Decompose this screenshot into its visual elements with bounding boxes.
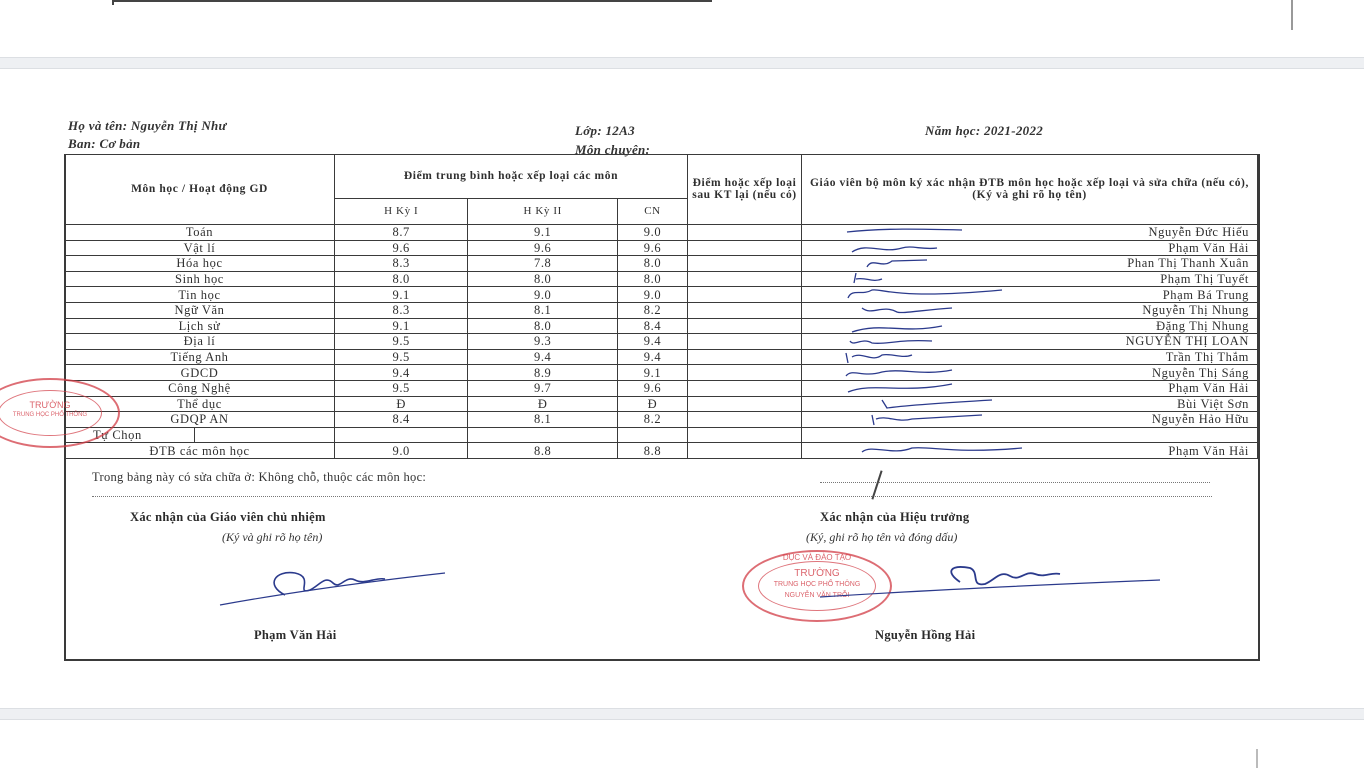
semester2-cell: Đ bbox=[468, 396, 618, 412]
previous-page-border bbox=[112, 0, 712, 2]
table-row: Công Nghệ9.59.79.6Phạm Văn Hải bbox=[65, 380, 1258, 396]
retest-cell bbox=[688, 380, 802, 396]
table-row: GDQP AN8.48.18.2Nguyễn Hảo Hữu bbox=[65, 412, 1258, 428]
semester1-cell: 8.4 bbox=[335, 412, 468, 428]
track: Ban: Cơ bản bbox=[68, 136, 140, 152]
semester2-cell: 9.3 bbox=[468, 334, 618, 350]
semester1-cell: 8.3 bbox=[335, 256, 468, 272]
stamp-side-line2: TRUNG HỌC PHỔ THÔNG bbox=[0, 412, 118, 418]
teacher-signature bbox=[842, 413, 1022, 427]
teacher-cell: Phạm Văn Hải bbox=[802, 240, 1258, 256]
header-average: Điểm trung bình hoặc xếp loại các môn bbox=[335, 155, 688, 199]
retest-cell bbox=[688, 334, 802, 350]
teacher-name: Phạm Bá Trung bbox=[1163, 288, 1249, 302]
previous-page-border-left bbox=[112, 0, 114, 5]
semester1-cell: 9.5 bbox=[335, 380, 468, 396]
page-separator bbox=[0, 708, 1364, 720]
teacher-cell: Nguyễn Thị Sáng bbox=[802, 365, 1258, 381]
year-cell: 9.4 bbox=[617, 334, 687, 350]
subject-cell: Ngữ Văn bbox=[65, 302, 335, 318]
header-retest: Điểm hoặc xếp loại sau KT lại (nếu có) bbox=[688, 155, 802, 225]
teacher-cell: Phạm Văn Hải bbox=[802, 443, 1258, 459]
semester1-cell: 9.0 bbox=[335, 443, 468, 459]
teacher-cell bbox=[802, 427, 1258, 443]
principal-name: Nguyễn Hồng Hải bbox=[875, 628, 975, 643]
grade-rows: Toán8.79.19.0Nguyễn Đức HiếuVật lí9.69.6… bbox=[65, 225, 1258, 459]
table-row: Lịch sử9.18.08.4Đặng Thị Nhung bbox=[65, 318, 1258, 334]
teacher-cell: NGUYỄN THỊ LOAN bbox=[802, 334, 1258, 350]
header-semester1: H Kỳ I bbox=[335, 199, 468, 225]
semester2-cell: 9.6 bbox=[468, 240, 618, 256]
retest-cell bbox=[688, 412, 802, 428]
principal-signature bbox=[810, 562, 1170, 602]
semester1-cell: 8.3 bbox=[335, 302, 468, 318]
retest-cell bbox=[688, 302, 802, 318]
table-row: Sinh học8.08.08.0Phạm Thị Tuyết bbox=[65, 271, 1258, 287]
table-row: Toán8.79.19.0Nguyễn Đức Hiếu bbox=[65, 225, 1258, 241]
subject-cell: GDCD bbox=[65, 365, 335, 381]
table-row: Hóa học8.37.88.0Phan Thị Thanh Xuân bbox=[65, 256, 1258, 272]
semester2-cell: 8.1 bbox=[468, 412, 618, 428]
semester1-cell: 9.5 bbox=[335, 334, 468, 350]
year-cell bbox=[617, 427, 687, 443]
teacher-name: Trần Thị Thắm bbox=[1166, 350, 1249, 364]
header-teacher: Giáo viên bộ môn ký xác nhận ĐTB môn học… bbox=[802, 155, 1258, 225]
principal-instruction: (Ký, ghi rõ họ tên và đóng dấu) bbox=[806, 530, 957, 545]
subject-cell: ĐTB các môn học bbox=[65, 443, 335, 459]
previous-page-remnant bbox=[0, 0, 1364, 57]
teacher-signature bbox=[842, 382, 1022, 396]
table-row: GDCD9.48.99.1Nguyễn Thị Sáng bbox=[65, 365, 1258, 381]
teacher-name: Phạm Thị Tuyết bbox=[1160, 272, 1249, 286]
teacher-name: NGUYỄN THỊ LOAN bbox=[1126, 334, 1249, 348]
year-cell: 9.6 bbox=[617, 240, 687, 256]
year-cell: 9.1 bbox=[617, 365, 687, 381]
retest-cell bbox=[688, 396, 802, 412]
transcript-page: Họ và tên: Nguyễn Thị Như Ban: Cơ bản Lớ… bbox=[0, 70, 1364, 708]
year-cell: Đ bbox=[617, 396, 687, 412]
year-cell: 8.0 bbox=[617, 256, 687, 272]
year-cell: 8.0 bbox=[617, 271, 687, 287]
teacher-cell: Phạm Thị Tuyết bbox=[802, 271, 1258, 287]
year-cell: 9.6 bbox=[617, 380, 687, 396]
next-page-remnant bbox=[0, 721, 1364, 768]
retest-cell bbox=[688, 427, 802, 443]
page-separator bbox=[0, 57, 1364, 69]
semester2-cell: 8.8 bbox=[468, 443, 618, 459]
grades-table: Môn học / Hoạt động GD Điểm trung bình h… bbox=[64, 154, 1258, 459]
stamp-top-text: DỤC VÀ ĐÀO TẠO bbox=[744, 553, 890, 562]
homeroom-teacher-name: Phạm Văn Hải bbox=[254, 628, 337, 643]
teacher-name: Nguyễn Thị Sáng bbox=[1152, 366, 1249, 380]
teacher-signature bbox=[842, 320, 1022, 334]
year-cell: 9.0 bbox=[617, 287, 687, 303]
teacher-name: Nguyễn Thị Nhung bbox=[1142, 303, 1249, 317]
retest-cell bbox=[688, 225, 802, 241]
teacher-cell: Bùi Việt Sơn bbox=[802, 396, 1258, 412]
semester1-cell bbox=[335, 427, 468, 443]
subject-cell: Toán bbox=[65, 225, 335, 241]
year-cell: 8.4 bbox=[617, 318, 687, 334]
teacher-cell: Trần Thị Thắm bbox=[802, 349, 1258, 365]
header-semester2: H Kỳ II bbox=[468, 199, 618, 225]
teacher-signature bbox=[842, 304, 1022, 318]
retest-cell bbox=[688, 256, 802, 272]
table-row: Thể dụcĐĐĐBùi Việt Sơn bbox=[65, 396, 1258, 412]
semester1-cell: 9.1 bbox=[335, 318, 468, 334]
teacher-name: Phan Thị Thanh Xuân bbox=[1127, 256, 1249, 270]
retest-cell bbox=[688, 318, 802, 334]
teacher-cell: Nguyễn Thị Nhung bbox=[802, 302, 1258, 318]
semester1-cell: 8.0 bbox=[335, 271, 468, 287]
table-row: ĐTB các môn học9.08.88.8Phạm Văn Hải bbox=[65, 443, 1258, 459]
teacher-cell: Nguyễn Đức Hiếu bbox=[802, 225, 1258, 241]
header-subject: Môn học / Hoạt động GD bbox=[65, 155, 335, 225]
teacher-signature bbox=[842, 226, 1022, 240]
corrections-note: Trong bảng này có sửa chữa ở: Không chỗ,… bbox=[92, 470, 426, 485]
retest-cell bbox=[688, 443, 802, 459]
stamp-side-line1: TRƯỜNG bbox=[0, 400, 118, 410]
semester1-cell: 8.7 bbox=[335, 225, 468, 241]
retest-cell bbox=[688, 349, 802, 365]
teacher-signature bbox=[842, 351, 1022, 365]
homeroom-confirm-title: Xác nhận của Giáo viên chủ nhiệm bbox=[130, 510, 326, 525]
teacher-signature bbox=[842, 398, 1022, 412]
table-row: Ngữ Văn8.38.18.2Nguyễn Thị Nhung bbox=[65, 302, 1258, 318]
header-year: CN bbox=[617, 199, 687, 225]
next-page-border bbox=[1256, 749, 1258, 768]
subject-cell: Địa lí bbox=[65, 334, 335, 350]
semester1-cell: 9.6 bbox=[335, 240, 468, 256]
teacher-name: Phạm Văn Hải bbox=[1168, 444, 1249, 458]
semester2-cell: 8.0 bbox=[468, 318, 618, 334]
principal-confirm-title: Xác nhận của Hiệu trưởng bbox=[820, 510, 969, 525]
teacher-cell: Phạm Bá Trung bbox=[802, 287, 1258, 303]
semester2-cell: 8.1 bbox=[468, 302, 618, 318]
semester1-cell: 9.4 bbox=[335, 365, 468, 381]
subject-cell: Lịch sử bbox=[65, 318, 335, 334]
teacher-cell: Đặng Thị Nhung bbox=[802, 318, 1258, 334]
teacher-cell: Nguyễn Hảo Hữu bbox=[802, 412, 1258, 428]
semester1-cell: Đ bbox=[335, 396, 468, 412]
teacher-signature bbox=[842, 242, 1022, 256]
retest-cell bbox=[688, 365, 802, 381]
semester2-cell: 8.9 bbox=[468, 365, 618, 381]
teacher-signature bbox=[842, 335, 1022, 349]
semester2-cell: 9.1 bbox=[468, 225, 618, 241]
teacher-name: Đặng Thị Nhung bbox=[1156, 319, 1249, 333]
table-row: Tiếng Anh9.59.49.4Trần Thị Thắm bbox=[65, 349, 1258, 365]
teacher-name: Phạm Văn Hải bbox=[1168, 381, 1249, 395]
student-name: Họ và tên: Nguyễn Thị Như bbox=[68, 118, 227, 134]
year-cell: 9.0 bbox=[617, 225, 687, 241]
year-cell: 8.2 bbox=[617, 302, 687, 318]
previous-page-border-right bbox=[1291, 0, 1293, 30]
teacher-signature bbox=[842, 444, 1022, 458]
table-row: Vật lí9.69.69.6Phạm Văn Hải bbox=[65, 240, 1258, 256]
semester2-cell: 9.7 bbox=[468, 380, 618, 396]
teacher-signature bbox=[842, 273, 1022, 287]
retest-cell bbox=[688, 240, 802, 256]
semester2-cell: 9.4 bbox=[468, 349, 618, 365]
retest-cell bbox=[688, 271, 802, 287]
retest-cell bbox=[688, 287, 802, 303]
year-cell: 8.2 bbox=[617, 412, 687, 428]
subject-cell: Tin học bbox=[65, 287, 335, 303]
semester1-cell: 9.5 bbox=[335, 349, 468, 365]
semester2-cell: 8.0 bbox=[468, 271, 618, 287]
subject-cell: Vật lí bbox=[65, 240, 335, 256]
semester2-cell: 7.8 bbox=[468, 256, 618, 272]
school-year: Năm học: 2021-2022 bbox=[925, 123, 1043, 139]
teacher-signature bbox=[842, 257, 1022, 271]
subject-cell: Tiếng Anh bbox=[65, 349, 335, 365]
teacher-cell: Phan Thị Thanh Xuân bbox=[802, 256, 1258, 272]
teacher-name: Phạm Văn Hải bbox=[1168, 241, 1249, 255]
teacher-cell: Phạm Văn Hải bbox=[802, 380, 1258, 396]
year-cell: 9.4 bbox=[617, 349, 687, 365]
dotted-line bbox=[92, 496, 1212, 497]
table-row: Địa lí9.59.39.4NGUYỄN THỊ LOAN bbox=[65, 334, 1258, 350]
teacher-name: Nguyễn Đức Hiếu bbox=[1149, 225, 1249, 239]
table-row: Tin học9.19.09.0Phạm Bá Trung bbox=[65, 287, 1258, 303]
semester2-cell: 9.0 bbox=[468, 287, 618, 303]
class: Lớp: 12A3 bbox=[575, 123, 635, 139]
year-cell: 8.8 bbox=[617, 443, 687, 459]
teacher-signature bbox=[842, 288, 1022, 302]
homeroom-signature bbox=[215, 565, 455, 610]
teacher-name: Bùi Việt Sơn bbox=[1177, 397, 1249, 411]
table-row: Tự Chọn bbox=[65, 427, 1258, 443]
subject-cell: Hóa học bbox=[65, 256, 335, 272]
semester2-cell bbox=[468, 427, 618, 443]
teacher-signature bbox=[842, 366, 1022, 380]
semester1-cell: 9.1 bbox=[335, 287, 468, 303]
homeroom-instruction: (Ký và ghi rõ họ tên) bbox=[222, 530, 322, 545]
subject-cell: Sinh học bbox=[65, 271, 335, 287]
teacher-name: Nguyễn Hảo Hữu bbox=[1152, 412, 1249, 426]
